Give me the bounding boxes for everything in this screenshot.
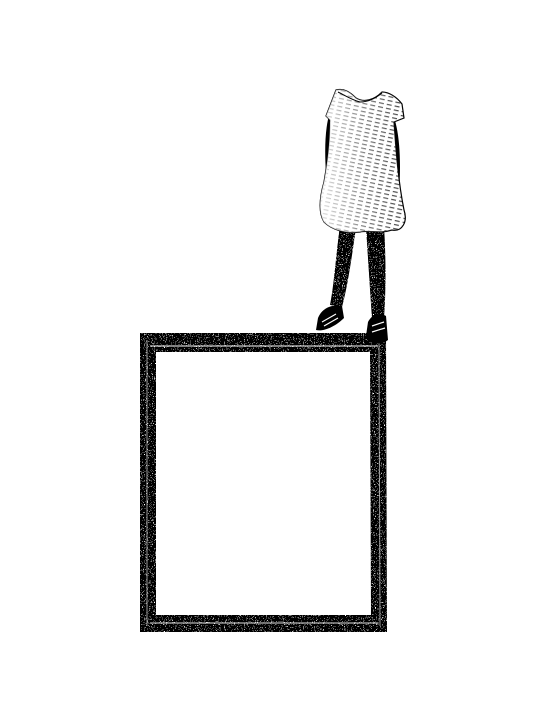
- artwork-canvas: [0, 0, 533, 710]
- collage-illustration: [0, 0, 533, 710]
- picture-frame: [140, 333, 387, 632]
- girl-figure: [316, 89, 405, 343]
